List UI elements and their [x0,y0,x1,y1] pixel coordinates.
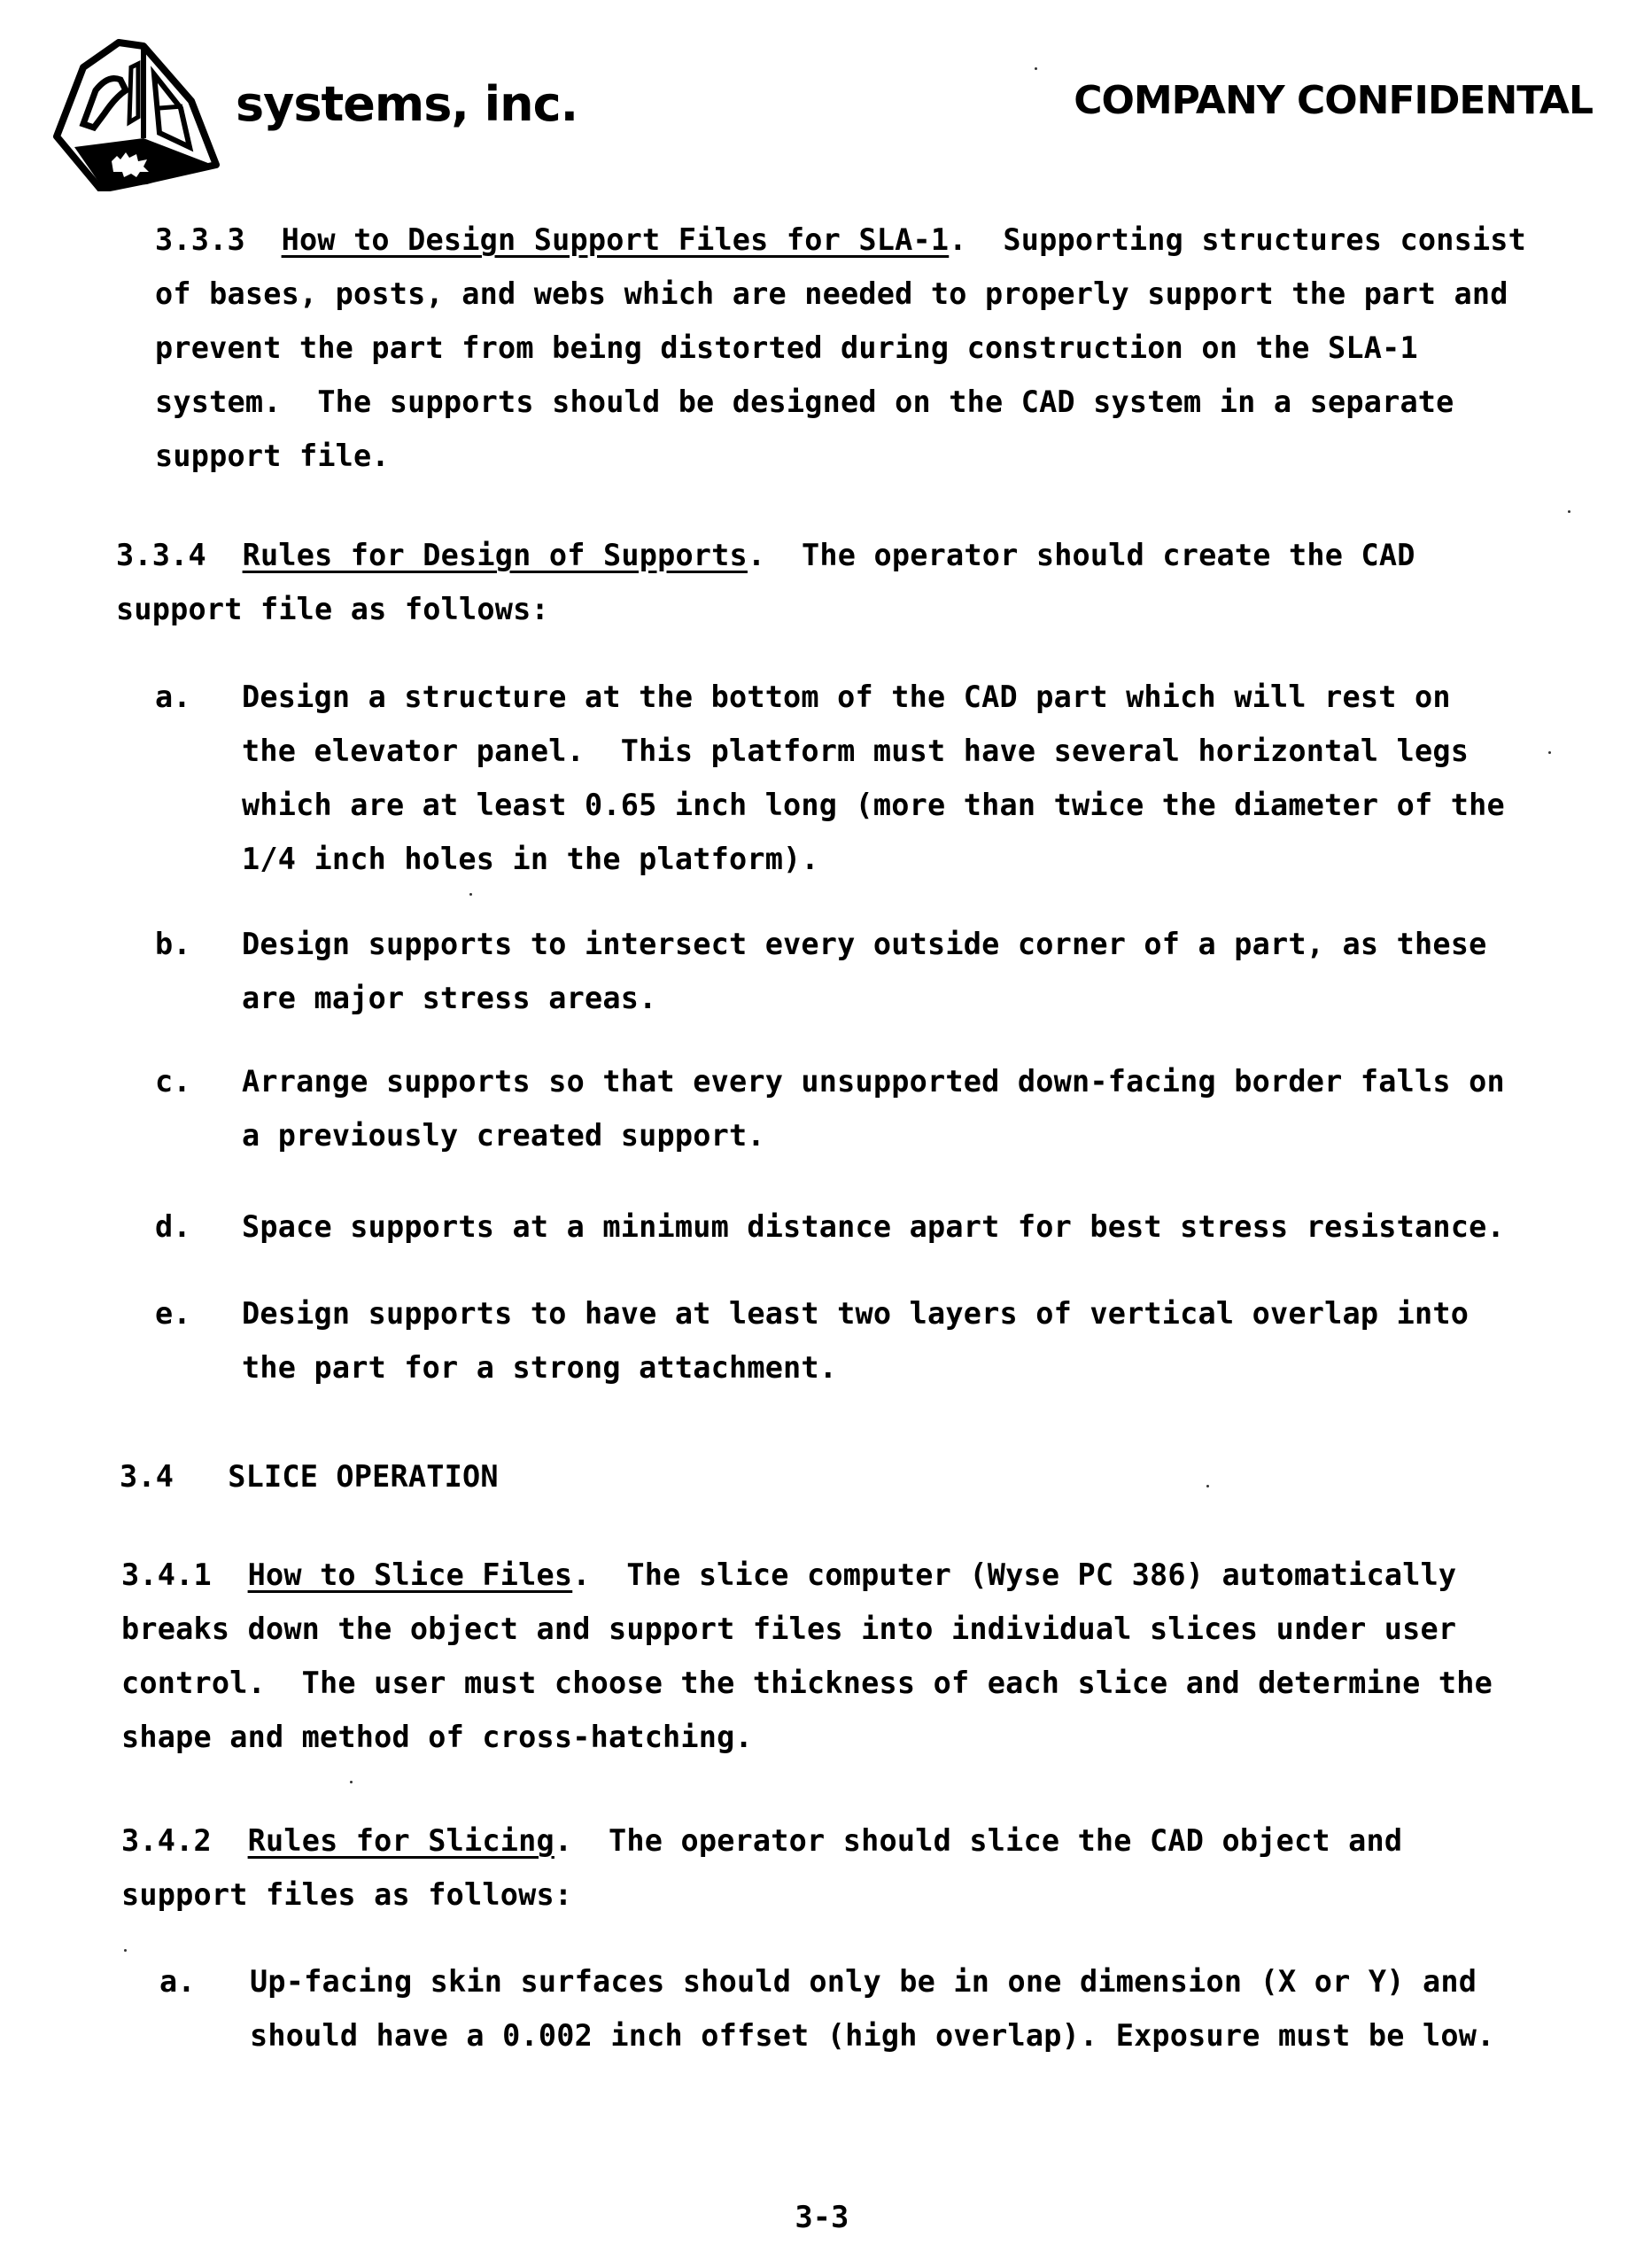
scan-speck [1035,67,1037,70]
paragraph-line: prevent the part from being distorted du… [155,321,1572,375]
section-3-3-4: 3.3.4 Rules for Design of Supports. The … [116,528,1578,636]
list-item-line: the part for a strong attachment. [242,1340,1570,1394]
scan-speck [1548,751,1551,754]
section-title: How to Slice Files [248,1557,573,1592]
paragraph-line: support files as follows: [121,1868,1583,1922]
list-item-line: Arrange supports so that every unsupport… [242,1054,1570,1108]
paragraph-line: of bases, posts, and webs which are need… [155,267,1572,321]
list-item-letter: c. [155,1054,191,1108]
section-number: 3.4 [120,1459,174,1494]
list-item-letter: d. [155,1200,191,1254]
list-item-line: Space supports at a minimum distance apa… [242,1200,1570,1254]
sd-cube-logo-icon [39,32,230,191]
scan-speck [1206,1485,1209,1487]
section-number: 3.4.2 [121,1823,212,1858]
list-item-line: Design a structure at the bottom of the … [242,670,1570,724]
section-title: How to Design Support Files for SLA-1 [282,222,950,257]
list-item-line: are major stress areas. [242,971,1570,1025]
document-page: systems, inc. COMPANY CONFIDENTAL 3.3.3 … [0,0,1644,2268]
section-title: Rules for Design of Supports [243,538,748,572]
paragraph-line: shape and method of cross-hatching. [121,1710,1583,1764]
section-3-4-heading: 3.4 SLICE OPERATION [120,1449,499,1503]
paragraph-line: breaks down the object and support files… [121,1602,1583,1656]
section-title: Rules for Slicing [248,1823,554,1858]
scan-speck [1568,510,1570,513]
section-3-4-1: 3.4.1 How to Slice Files. The slice comp… [121,1548,1583,1764]
list-item-letter: a. [159,1954,196,2008]
section-number: 3.3.3 [155,222,245,257]
list-item-letter: b. [155,917,191,971]
paragraph-line: control. The user must choose the thickn… [121,1656,1583,1710]
list-item-line: Up-facing skin surfaces should only be i… [250,1954,1578,2008]
list-item-line: should have a 0.002 inch offset (high ov… [250,2008,1578,2062]
section-3-3-3: 3.3.3 How to Design Support Files for SL… [155,213,1572,483]
company-name: systems, inc. [236,76,578,132]
section-title: SLICE OPERATION [228,1459,499,1494]
list-item-letter: a. [155,670,191,724]
page-number: 3-3 [0,2190,1644,2244]
section-number: 3.4.1 [121,1557,212,1592]
paragraph-line: support file as follows: [116,582,1578,636]
list-item-line: a previously created support. [242,1108,1570,1162]
paragraph-line: system. The supports should be designed … [155,375,1572,429]
scan-speck [469,893,472,896]
list-item-line: 1/4 inch holes in the platform). [242,832,1570,886]
scan-speck [350,1781,353,1783]
section-3-4-2: 3.4.2 Rules for Slicing. The operator sh… [121,1814,1583,1922]
list-item-line: the elevator panel. This platform must h… [242,724,1570,778]
section-lead-text: . The operator should slice the CAD obje… [554,1823,1402,1858]
list-item-line: Design supports to intersect every outsi… [242,917,1570,971]
list-item-line: Design supports to have at least two lay… [242,1286,1570,1340]
section-lead-text: . The operator should create the CAD [748,538,1415,572]
section-lead-text: . The slice computer (Wyse PC 386) autom… [572,1557,1456,1592]
confidential-label: COMPANY CONFIDENTAL [1074,78,1593,123]
list-item-line: which are at least 0.65 inch long (more … [242,778,1570,832]
list-item-letter: e. [155,1286,191,1340]
section-lead-text: . Supporting structures consist [949,222,1526,257]
section-number: 3.3.4 [116,538,206,572]
scan-speck [124,1949,127,1952]
paragraph-line: support file. [155,429,1572,483]
